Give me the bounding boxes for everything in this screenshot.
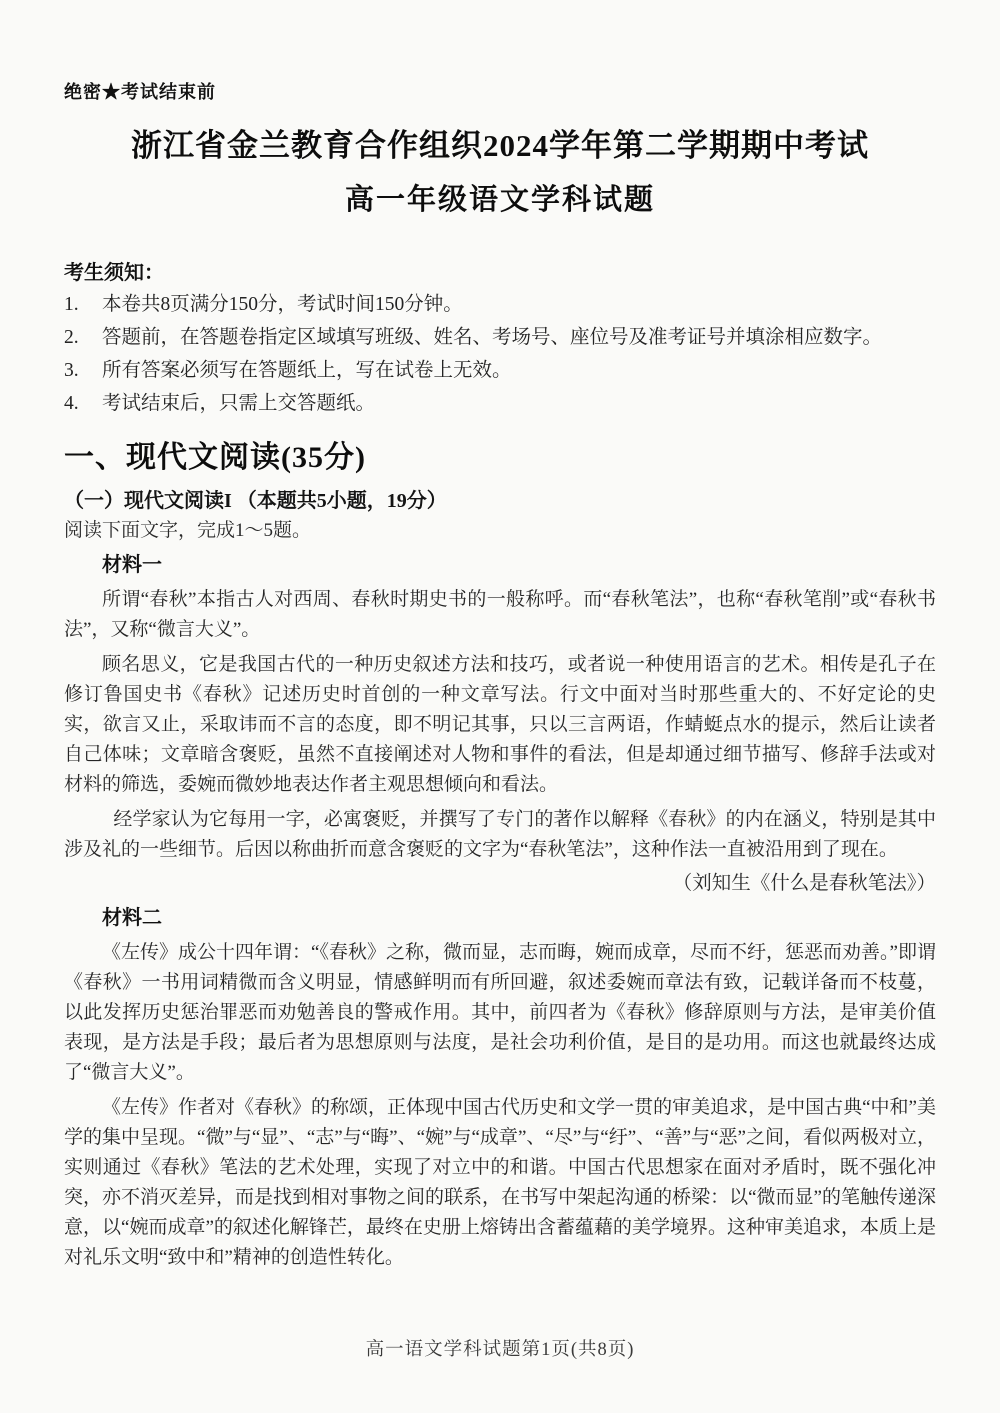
material1-attribution: （刘知生《什么是春秋笔法》） [64,869,936,899]
notice-item-text: 答题前，在答题卷指定区域填写班级、姓名、考场号、座位号及准考证号并填涂相应数字。 [102,321,882,354]
material2-paragraph-2: 《左传》作者对《春秋》的称颂，正体现中国古代历史和文学一贯的审美追求，是中国古典… [64,1093,936,1273]
material1-paragraph-3: 经学家认为它每用一字，必寓褒贬，并撰写了专门的著作以解释《春秋》的内在涵义，特别… [64,805,936,865]
section1-subheading: （一）现代文阅读I （本题共5小题，19分） [64,486,936,516]
material2-paragraph-1: 《左传》成公十四年谓：“《春秋》之称，微而显，志而晦，婉而成章，尽而不纡，惩恶而… [64,938,936,1088]
candidate-notice: 考生须知： 1. 本卷共8页满分150分，考试时间150分钟。 2. 答题前，在… [64,258,936,420]
notice-item-number: 2. [64,321,102,354]
notice-item-number: 3. [64,354,102,387]
notice-item-text: 本卷共8页满分150分，考试时间150分钟。 [102,288,463,321]
notice-item-2: 2. 答题前，在答题卷指定区域填写班级、姓名、考场号、座位号及准考证号并填涂相应… [64,321,936,354]
notice-item-1: 1. 本卷共8页满分150分，考试时间150分钟。 [64,288,936,321]
notice-heading: 考生须知： [64,258,936,288]
notice-item-4: 4. 考试结束后，只需上交答题纸。 [64,387,936,420]
material2-label: 材料二 [102,903,936,933]
section1-heading: 一、现代文阅读(35分) [64,436,936,480]
classification-banner: 绝密★考试结束前 [64,78,936,104]
material1-paragraph-1: 所谓“春秋”本指古人对西周、春秋时期史书的一般称呼。而“春秋笔法”，也称“春秋笔… [64,585,936,645]
material1-paragraph-2: 顾名思义，它是我国古代的一种历史叙述方法和技巧，或者说一种使用语言的艺术。相传是… [64,650,936,800]
paper-title-line1: 浙江省金兰教育合作组织2024学年第二学期期中考试 [64,120,936,165]
notice-item-3: 3. 所有答案必须写在答题纸上，写在试卷上无效。 [64,354,936,387]
paper-title-line2: 高一年级语文学科试题 [64,177,936,218]
page-footer: 高一语文学科试题第1页(共8页) [0,1335,1000,1361]
material1-label: 材料一 [102,550,936,580]
notice-item-text: 所有答案必须写在答题纸上，写在试卷上无效。 [102,354,512,387]
notice-item-number: 4. [64,387,102,420]
reading-instruction: 阅读下面文字，完成1～5题。 [64,516,936,546]
exam-paper-page: 绝密★考试结束前 浙江省金兰教育合作组织2024学年第二学期期中考试 高一年级语… [0,0,1000,1413]
notice-item-text: 考试结束后，只需上交答题纸。 [102,387,375,420]
notice-item-number: 1. [64,288,102,321]
